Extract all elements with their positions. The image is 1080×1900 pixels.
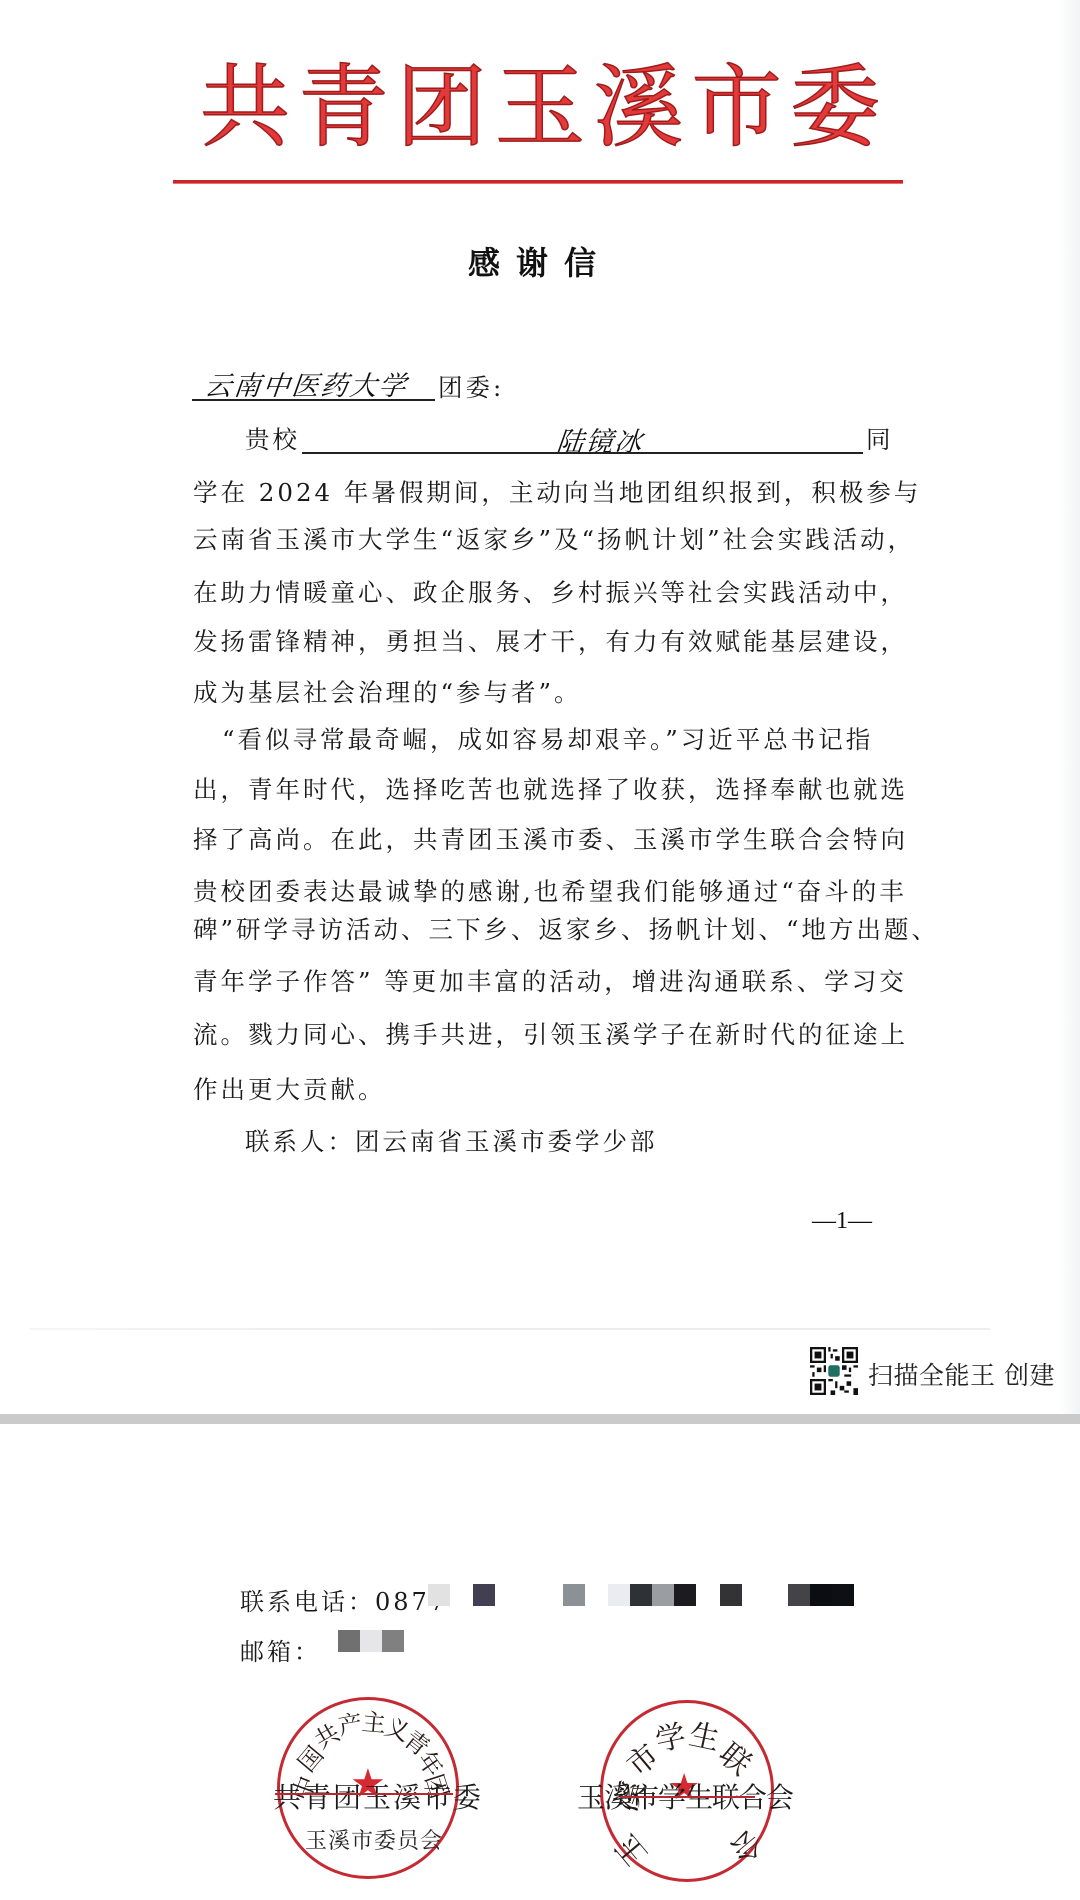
body-line: 作出更大贡献。: [193, 1078, 386, 1103]
body-line: 云南省玉溪市大学生“返家乡”及“扬帆计划”社会实践活动，: [193, 528, 915, 553]
recipient-handwritten: 云南中医药大学: [203, 364, 410, 403]
phone-label: 联系电话：0877: [240, 1582, 448, 1617]
seal-main-text: 共青团玉溪市委: [273, 1776, 483, 1816]
redaction-block: [630, 1584, 652, 1606]
letterhead-divider: [173, 180, 903, 183]
seal-sub-text: 玉溪市委员会: [305, 1824, 443, 1855]
letterhead-char: 团: [397, 63, 487, 153]
redaction-block: [832, 1584, 854, 1606]
letterhead-char: 市: [692, 63, 782, 153]
page-edge-shadow: [1058, 0, 1080, 1414]
scanner-watermark-label: 扫描全能王 创建: [868, 1356, 1055, 1392]
seal-strike-line: [275, 1793, 453, 1795]
seal-strike-line: [620, 1796, 755, 1798]
intro-suffix: 同: [866, 428, 894, 453]
intro-prefix: 贵校: [245, 428, 300, 453]
body-line: 择了高尚。在此，共青团玉溪市委、玉溪市学生联合会特向: [193, 828, 908, 853]
body-line: 在助力情暖童心、政企服务、乡村振兴等社会实践活动中，: [193, 581, 908, 606]
body-line: 学在 2024 年暑假期间，主动向当地团组织报到，积极参与: [193, 481, 921, 506]
page-number: —1—: [812, 1208, 872, 1235]
redaction-block: [720, 1584, 742, 1606]
redaction-block: [563, 1584, 585, 1606]
letterhead-title: 共 青 团 玉 溪 市 委: [200, 48, 880, 168]
scan-edge-line: [30, 1328, 990, 1330]
redaction-block: [360, 1630, 382, 1652]
letterhead-char: 溪: [593, 63, 683, 153]
body-line: “看似寻常最奇崛，成如容易却艰辛。”习近平总书记指: [222, 728, 873, 753]
redaction-block: [382, 1630, 404, 1652]
letterhead-char: 玉: [495, 63, 585, 153]
letterhead-char: 青: [298, 63, 388, 153]
redaction-block: [788, 1584, 810, 1606]
letterhead-char: 共: [200, 63, 290, 153]
body-line: 流。戮力同心、携手共进，引领玉溪学子在新时代的征途上: [193, 1023, 908, 1048]
letter-title: 感谢信: [440, 238, 640, 284]
redaction-block: [608, 1584, 630, 1606]
body-line: 发扬雷锋精神，勇担当、展才干，有力有效赋能基层建设，: [193, 630, 908, 655]
recipient-underline: [192, 399, 435, 401]
redaction-block: [473, 1584, 495, 1606]
body-line: 出，青年时代，选择吃苦也就选择了收获，选择奉献也就选: [193, 778, 908, 803]
email-label: 邮箱：: [240, 1632, 321, 1667]
body-line: 碑”研学寻访活动、三下乡、返家乡、扬帆计划、“地方出题、: [193, 918, 939, 943]
contact-person: 联系人：团云南省玉溪市委学少部: [245, 1130, 658, 1155]
recipient-suffix: 团委:: [438, 376, 504, 401]
redaction-block: [428, 1584, 450, 1606]
page-separator: [0, 1414, 1080, 1424]
redaction-block: [652, 1584, 674, 1606]
redaction-block: [810, 1584, 832, 1606]
redaction-block: [674, 1584, 696, 1606]
body-line: 青年学子作答” 等更加丰富的活动，增进沟通联系、学习交: [193, 970, 907, 995]
letterhead-char: 委: [790, 63, 880, 153]
redaction-block: [338, 1630, 360, 1652]
student-name-underline: [302, 452, 863, 454]
body-line: 成为基层社会治理的“参与者”。: [193, 681, 582, 706]
qr-code-icon: [810, 1347, 858, 1395]
body-line: 贵校团委表达最诚挚的感谢,也希望我们能够通过“奋斗的丰: [193, 880, 907, 905]
